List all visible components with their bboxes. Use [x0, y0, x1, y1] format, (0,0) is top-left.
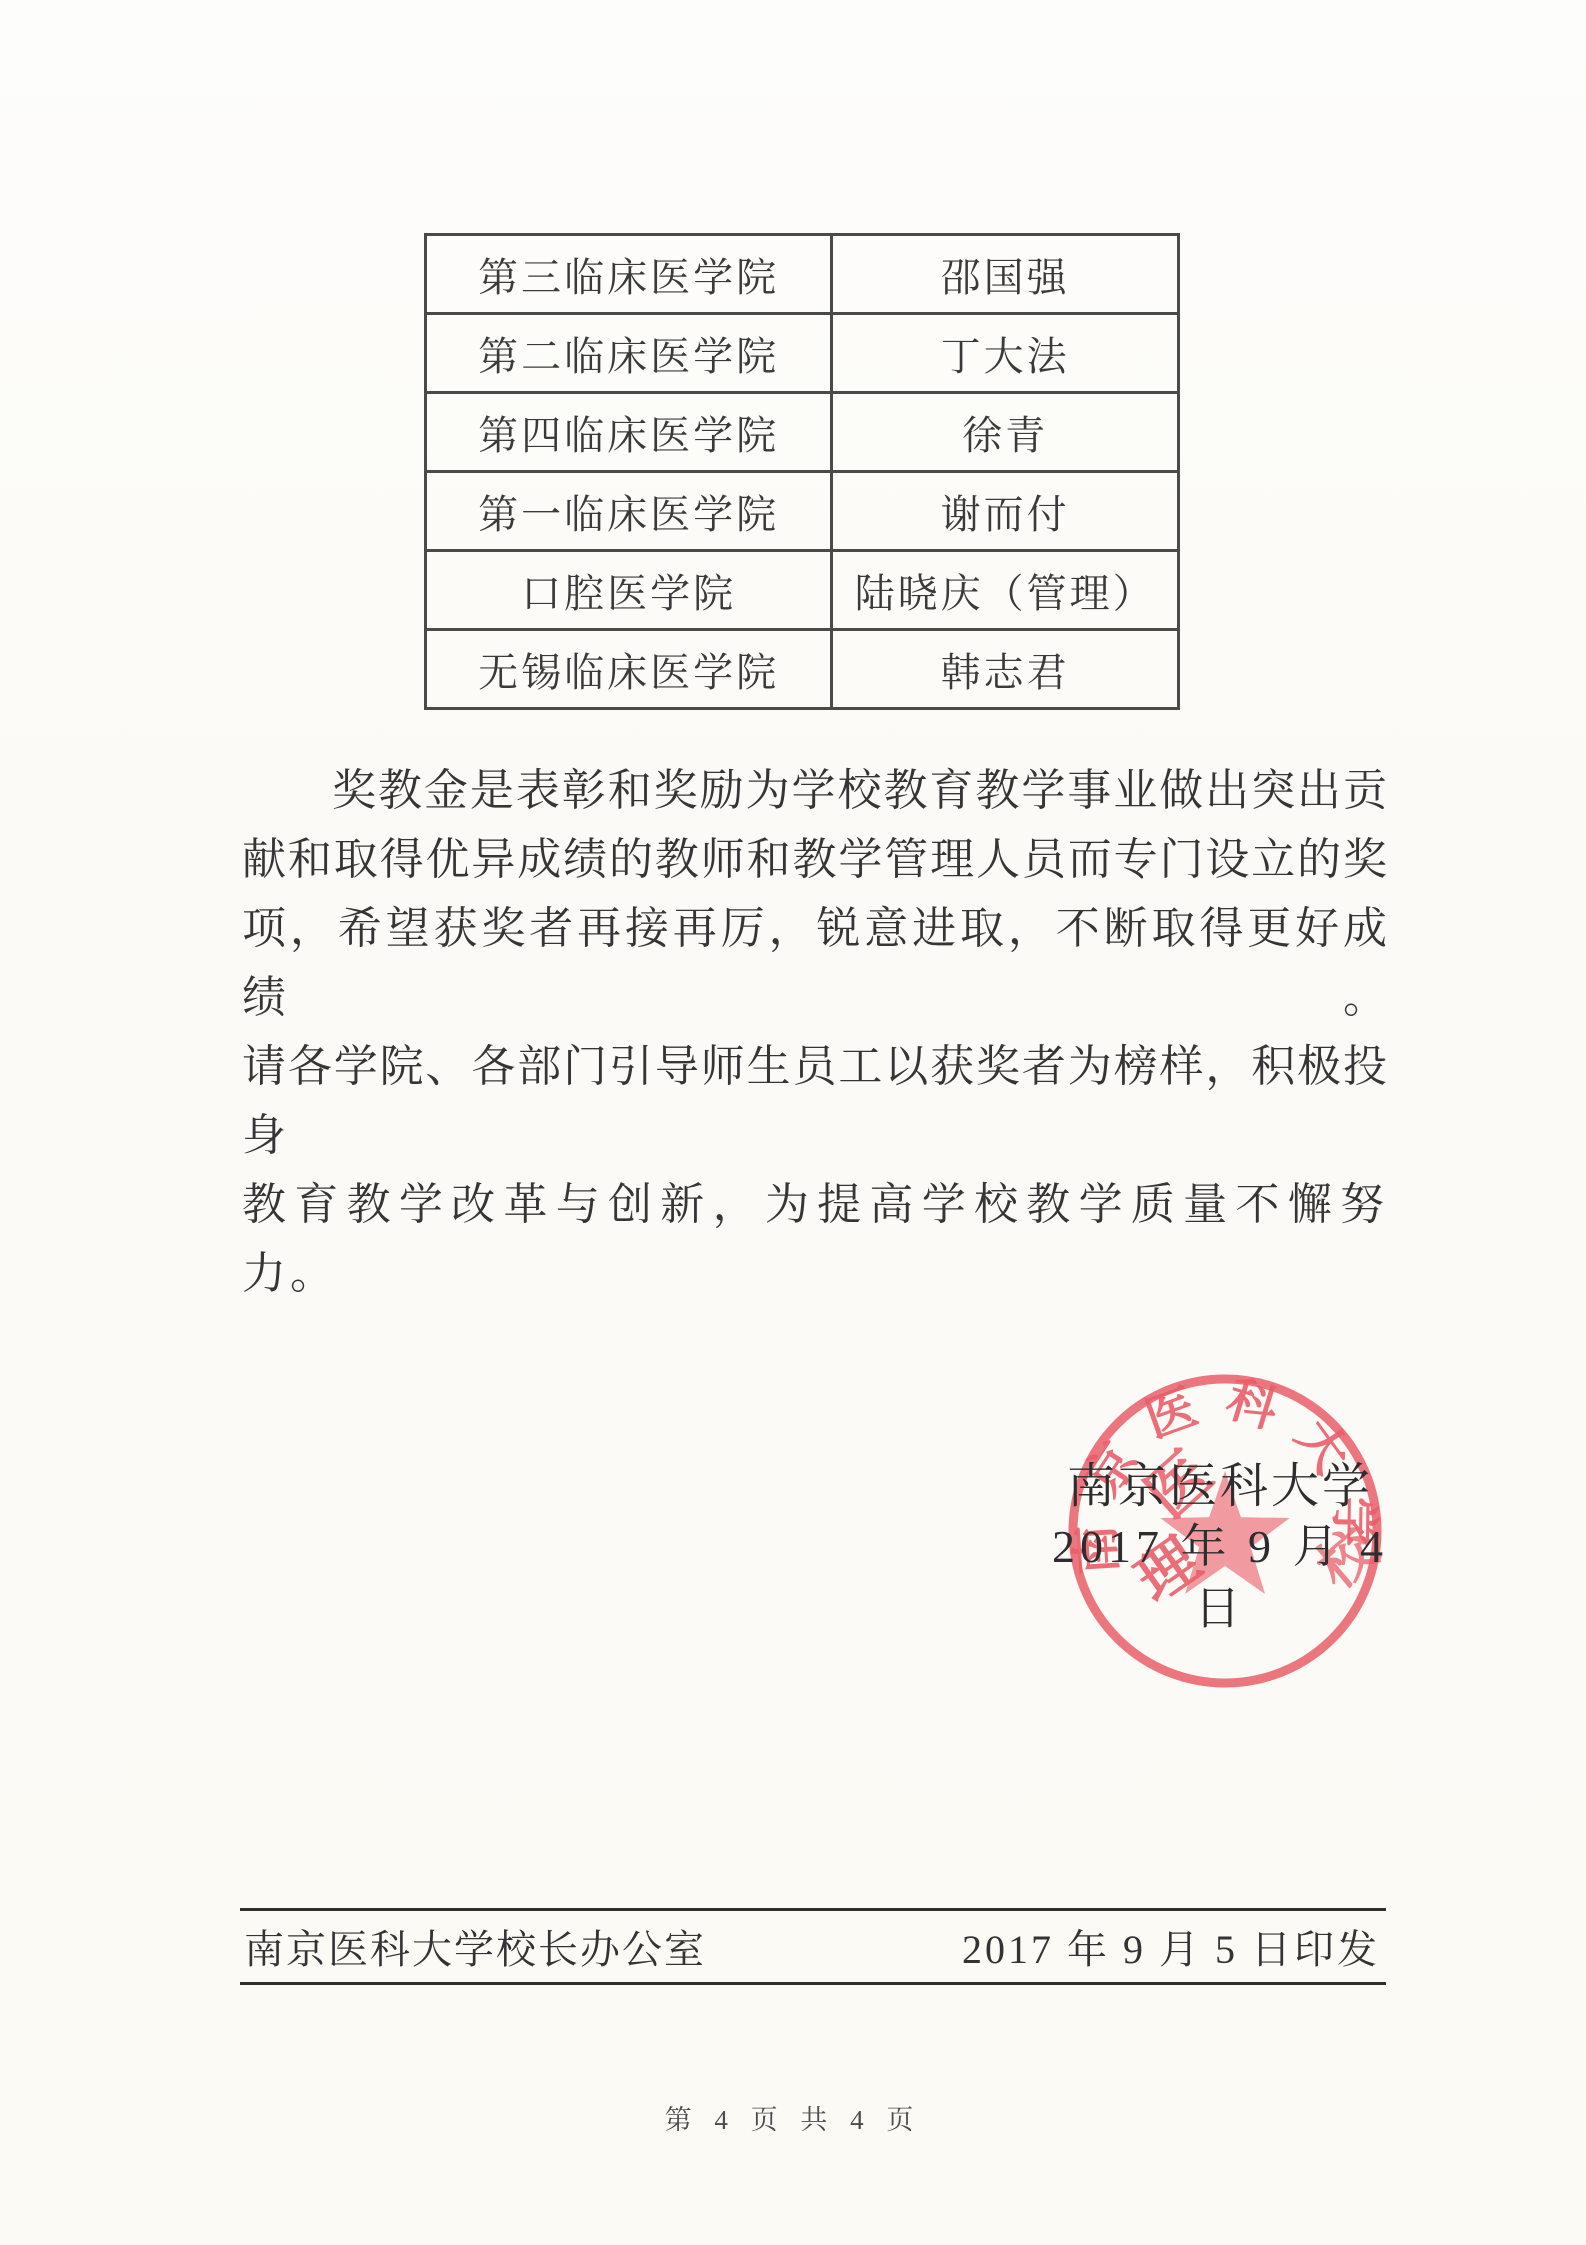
page-number: 第 4 页 共 4 页 — [0, 2098, 1586, 2137]
colophon-issuer: 南京医科大学校长办公室 — [240, 1918, 706, 1975]
signature-org: 南京医科大学 — [1020, 1458, 1420, 1516]
colophon-print-date: 2017 年 9 月 5 日印发 — [962, 1918, 1386, 1975]
signature-block: 南京医科大学 2017 年 9 月 4 日 — [1020, 1458, 1420, 1640]
body-line: 教育教学改革与创新，为提高学校教学质量不懈努力。 — [242, 1170, 1388, 1308]
unit-cell: 口腔医学院 — [426, 551, 832, 630]
colophon: 南京医科大学校长办公室 2017 年 9 月 5 日印发 — [240, 1908, 1386, 1985]
awardee-cell: 丁大法 — [832, 314, 1179, 393]
table-row: 第一临床医学院 谢而付 — [426, 472, 1179, 551]
body-line: 奖教金是表彰和奖励为学校教育教学事业做出突出贡 — [242, 756, 1388, 825]
awardee-cell: 徐青 — [832, 393, 1179, 472]
table-row: 第四临床医学院 徐青 — [426, 393, 1179, 472]
table-row: 口腔医学院 陆晓庆（管理） — [426, 551, 1179, 630]
unit-cell: 第三临床医学院 — [426, 235, 832, 314]
awardee-cell: 邵国强 — [832, 235, 1179, 314]
body-line: 项，希望获奖者再接再厉，锐意进取，不断取得更好成绩。 — [242, 894, 1388, 1032]
signature-date: 2017 年 9 月 4 日 — [1020, 1516, 1420, 1640]
table-row: 无锡临床医学院 韩志君 — [426, 630, 1179, 709]
body-line: 献和取得优异成绩的教师和教学管理人员而专门设立的奖 — [242, 825, 1388, 894]
unit-cell: 第一临床医学院 — [426, 472, 832, 551]
table-row: 第三临床医学院 邵国强 — [426, 235, 1179, 314]
unit-cell: 无锡临床医学院 — [426, 630, 832, 709]
awardee-cell: 谢而付 — [832, 472, 1179, 551]
table-row: 第二临床医学院 丁大法 — [426, 314, 1179, 393]
body-line: 请各学院、各部门引导师生员工以获奖者为榜样，积极投身 — [242, 1032, 1388, 1170]
awardee-cell: 陆晓庆（管理） — [832, 551, 1179, 630]
award-table: 第三临床医学院 邵国强 第二临床医学院 丁大法 第四临床医学院 徐青 第一临床医… — [424, 233, 1180, 710]
document-page: 第三临床医学院 邵国强 第二临床医学院 丁大法 第四临床医学院 徐青 第一临床医… — [0, 0, 1586, 2245]
unit-cell: 第四临床医学院 — [426, 393, 832, 472]
unit-cell: 第二临床医学院 — [426, 314, 832, 393]
body-paragraph: 奖教金是表彰和奖励为学校教育教学事业做出突出贡 献和取得优异成绩的教师和教学管理… — [242, 756, 1388, 1308]
awardee-cell: 韩志君 — [832, 630, 1179, 709]
